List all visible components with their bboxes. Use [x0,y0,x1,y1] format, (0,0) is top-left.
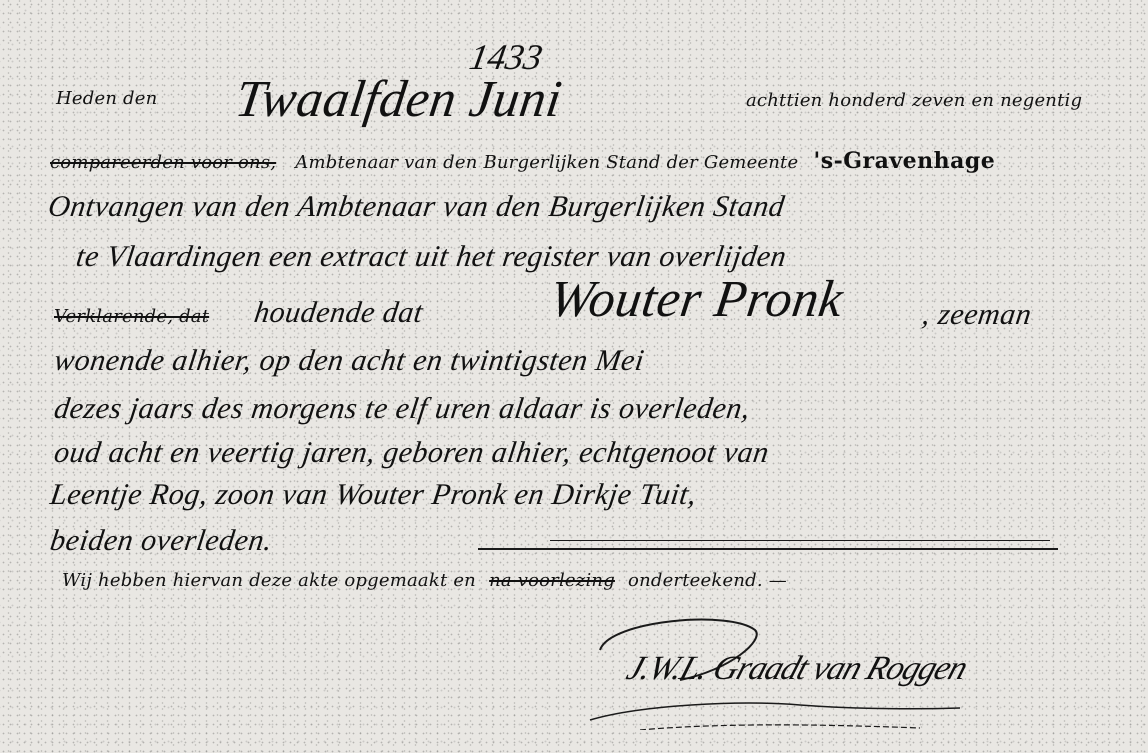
hand-line-8: oud acht en veertig jaren, geboren alhie… [52,436,771,470]
hand-occupation: , zeeman [920,298,1034,332]
hand-houdende-dat: houdende dat [252,296,425,330]
hand-line-7: dezes jaars des morgens te elf uren alda… [52,392,752,426]
line-1: Heden den [56,88,157,109]
place-gravenhage: 's-Gravenhage [813,148,995,174]
printed-heden-den: Heden den [56,88,157,109]
hand-line-9: Leentje Rog, zoon van Wouter Pronk en Di… [48,478,699,512]
printed-year: achttien honderd zeven en negentig [746,90,1082,111]
struck-verklarende: Verklarende, dat [54,306,209,327]
printed-wij-hebben: Wij hebben hiervan deze akte opgemaakt e… [62,570,476,591]
hand-line-6: wonende alhier, op den acht en twintigst… [52,344,646,378]
fill-rule-1 [550,540,1050,541]
hand-deceased-name: Wouter Pronk [546,270,847,329]
printed-ambtenaar: Ambtenaar van den Burgerlijken Stand der… [295,152,798,173]
signature-text: J.W.L. Graadt van Roggen [622,650,972,688]
hand-date: Twaalfden Juni [232,70,566,129]
line-5: Verklarende, dat [54,306,209,327]
struck-na-voorlezing: na voorlezing [489,570,615,591]
hand-line-4: te Vlaardingen een extract uit het regis… [74,240,789,274]
line-11: Wij hebben hiervan deze akte opgemaakt e… [62,570,787,591]
registrar-signature: J.W.L. Graadt van Roggen [580,610,1050,730]
hand-line-3: Ontvangen van den Ambtenaar van den Burg… [46,190,787,224]
line-2: compareerden voor ons, Ambtenaar van den… [50,148,995,174]
printed-onderteekend: onderteekend. — [628,570,787,591]
hand-line-10: beiden overleden. [48,524,275,558]
fill-rule-2 [478,548,1058,550]
struck-compareerden: compareerden voor ons, [50,152,276,173]
